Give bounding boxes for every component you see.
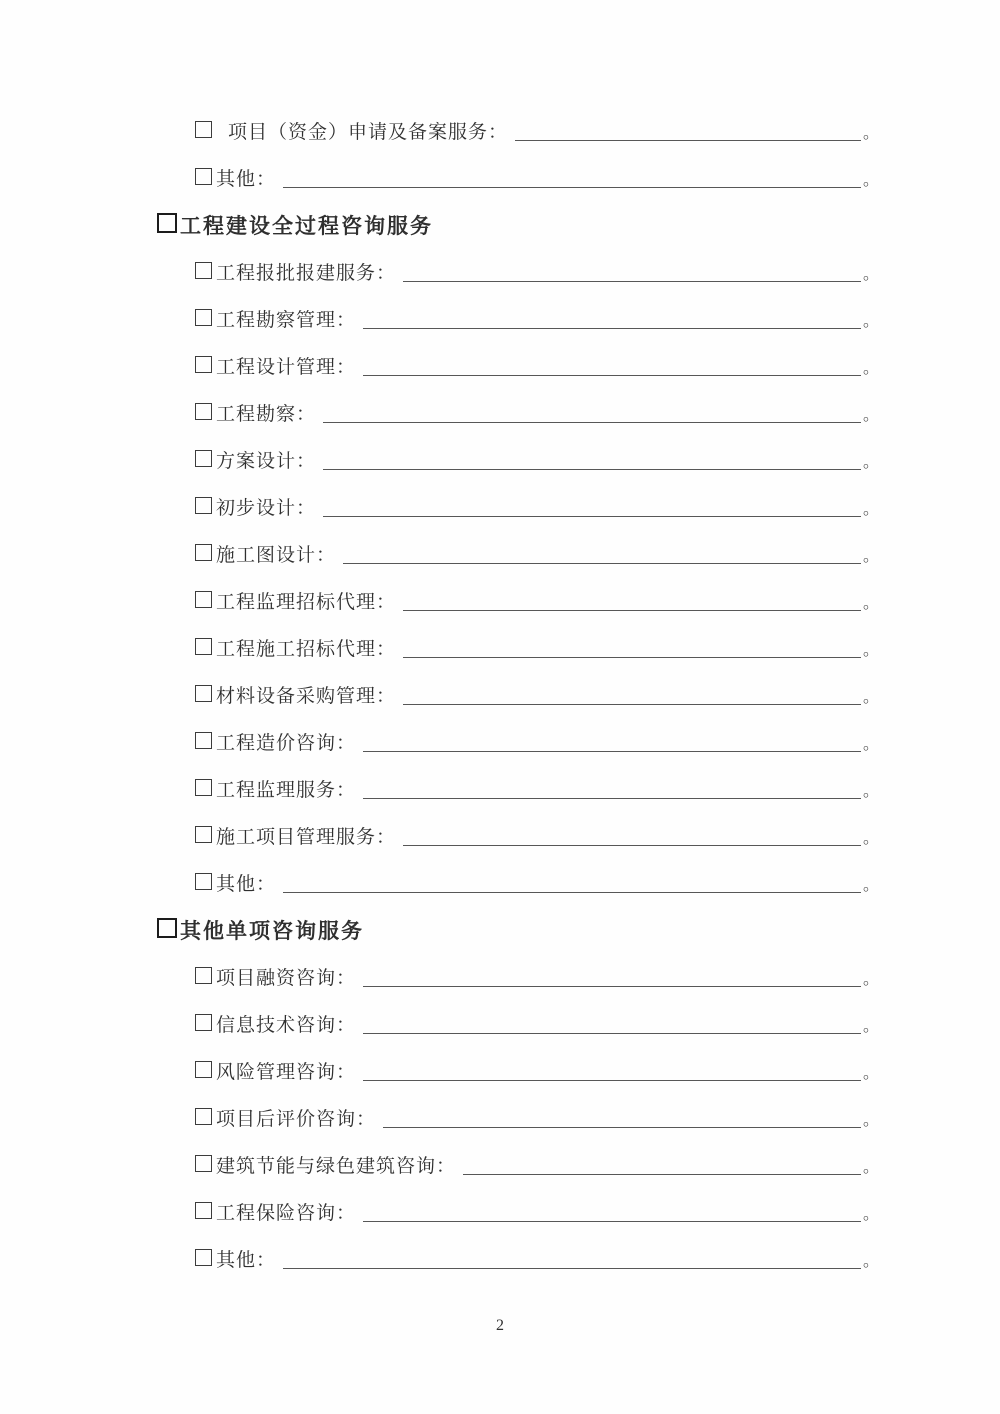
checkbox-icon[interactable] [195,309,212,326]
checkbox-icon[interactable] [195,1014,212,1031]
form-row: 信息技术咨询： 。 [195,999,880,1046]
item-label: 建筑节能与绿色建筑咨询： [216,1151,456,1178]
form-row: 工程施工招标代理： 。 [195,623,880,670]
blank-line-field[interactable] [343,563,861,564]
checkbox-icon[interactable] [195,967,212,984]
period-mark: 。 [863,825,880,848]
checkbox-icon[interactable] [195,685,212,702]
period-mark: 。 [863,1013,880,1036]
form-row: 风险管理咨询： 。 [195,1046,880,1093]
form-row: 其他： 。 [195,858,880,905]
form-row: 工程监理招标代理： 。 [195,576,880,623]
blank-line-field[interactable] [363,986,861,987]
period-mark: 。 [863,966,880,989]
form-row: 材料设备采购管理： 。 [195,670,880,717]
period-mark: 。 [863,778,880,801]
blank-line-field[interactable] [403,657,861,658]
period-mark: 。 [863,308,880,331]
form-row: 方案设计： 。 [195,435,880,482]
form-row: 项目后评价咨询： 。 [195,1093,880,1140]
blank-line-field[interactable] [403,281,861,282]
section-heading-label: 其他单项咨询服务 [180,915,364,945]
form-body: 项目（资金）申请及备案服务： 。 其他： 。 工程建设全过程咨询服务 工程报批报… [0,0,1000,1281]
period-mark: 。 [863,1201,880,1224]
blank-line-field[interactable] [463,1174,861,1175]
blank-line-field[interactable] [363,751,861,752]
section-heading: 其他单项咨询服务 [157,905,880,952]
period-mark: 。 [863,496,880,519]
form-row: 工程保险咨询： 。 [195,1187,880,1234]
item-label: 其他： [216,869,276,896]
checkbox-icon[interactable] [195,1061,212,1078]
form-row: 初步设计： 。 [195,482,880,529]
period-mark: 。 [863,449,880,472]
item-label: 工程设计管理： [216,352,356,379]
blank-line-field[interactable] [383,1127,861,1128]
item-label: 施工图设计： [216,540,336,567]
item-label: 工程勘察： [216,399,316,426]
checkbox-icon[interactable] [195,544,212,561]
item-label: 工程勘察管理： [216,305,356,332]
form-row: 项目（资金）申请及备案服务： 。 [195,106,880,153]
item-label: 工程造价咨询： [216,728,356,755]
form-row: 工程监理服务： 。 [195,764,880,811]
blank-line-field[interactable] [363,1221,861,1222]
item-label: 信息技术咨询： [216,1010,356,1037]
period-mark: 。 [863,1107,880,1130]
checkbox-icon[interactable] [195,450,212,467]
checkbox-icon[interactable] [157,918,177,938]
item-label: 项目（资金）申请及备案服务： [228,117,508,144]
checkbox-icon[interactable] [195,168,212,185]
item-label: 其他： [216,1245,276,1272]
checkbox-icon[interactable] [195,403,212,420]
blank-line-field[interactable] [363,375,861,376]
blank-line-field[interactable] [323,469,861,470]
item-label: 工程保险咨询： [216,1198,356,1225]
period-mark: 。 [863,590,880,613]
checkbox-icon[interactable] [195,732,212,749]
checkbox-icon[interactable] [195,1155,212,1172]
blank-line-field[interactable] [403,845,861,846]
blank-line-field[interactable] [403,704,861,705]
checkbox-icon[interactable] [195,262,212,279]
form-row: 工程勘察管理： 。 [195,294,880,341]
period-mark: 。 [863,355,880,378]
item-label: 风险管理咨询： [216,1057,356,1084]
blank-line-field[interactable] [363,798,861,799]
form-row: 其他： 。 [195,153,880,200]
item-label: 初步设计： [216,493,316,520]
period-mark: 。 [863,731,880,754]
section-heading-label: 工程建设全过程咨询服务 [180,210,433,240]
item-label: 工程报批报建服务： [216,258,396,285]
form-row: 施工项目管理服务： 。 [195,811,880,858]
checkbox-icon[interactable] [195,497,212,514]
checkbox-icon[interactable] [195,826,212,843]
item-label: 方案设计： [216,446,316,473]
period-mark: 。 [863,120,880,143]
form-row: 建筑节能与绿色建筑咨询： 。 [195,1140,880,1187]
blank-line-field[interactable] [283,1268,861,1269]
item-label: 施工项目管理服务： [216,822,396,849]
blank-line-field[interactable] [323,516,861,517]
item-label: 工程监理招标代理： [216,587,396,614]
form-row: 工程勘察： 。 [195,388,880,435]
checkbox-icon[interactable] [195,121,212,138]
form-row: 工程设计管理： 。 [195,341,880,388]
blank-line-field[interactable] [363,1080,861,1081]
blank-line-field[interactable] [283,187,861,188]
form-row: 项目融资咨询： 。 [195,952,880,999]
blank-line-field[interactable] [363,1033,861,1034]
blank-line-field[interactable] [403,610,861,611]
blank-line-field[interactable] [363,328,861,329]
section-heading: 工程建设全过程咨询服务 [157,200,880,247]
form-row: 施工图设计： 。 [195,529,880,576]
item-label: 项目后评价咨询： [216,1104,376,1131]
checkbox-icon[interactable] [195,591,212,608]
item-label: 工程监理服务： [216,775,356,802]
period-mark: 。 [863,1060,880,1083]
period-mark: 。 [863,543,880,566]
checkbox-icon[interactable] [195,356,212,373]
item-label: 其他： [216,164,276,191]
period-mark: 。 [863,167,880,190]
blank-line-field[interactable] [515,140,861,141]
period-mark: 。 [863,1248,880,1271]
period-mark: 。 [863,402,880,425]
checkbox-icon[interactable] [195,1202,212,1219]
document-page: 项目（资金）申请及备案服务： 。 其他： 。 工程建设全过程咨询服务 工程报批报… [0,0,1000,1414]
checkbox-icon[interactable] [195,779,212,796]
period-mark: 。 [863,684,880,707]
period-mark: 。 [863,872,880,895]
checkbox-icon[interactable] [195,873,212,890]
item-label: 材料设备采购管理： [216,681,396,708]
checkbox-icon[interactable] [195,638,212,655]
period-mark: 。 [863,261,880,284]
checkbox-icon[interactable] [195,1108,212,1125]
blank-line-field[interactable] [323,422,861,423]
form-row: 工程报批报建服务： 。 [195,247,880,294]
page-number: 2 [0,1317,1000,1335]
item-label: 工程施工招标代理： [216,634,396,661]
period-mark: 。 [863,1154,880,1177]
period-mark: 。 [863,637,880,660]
checkbox-icon[interactable] [195,1249,212,1266]
blank-line-field[interactable] [283,892,861,893]
item-label: 项目融资咨询： [216,963,356,990]
form-row: 工程造价咨询： 。 [195,717,880,764]
form-row: 其他： 。 [195,1234,880,1281]
checkbox-icon[interactable] [157,213,177,233]
